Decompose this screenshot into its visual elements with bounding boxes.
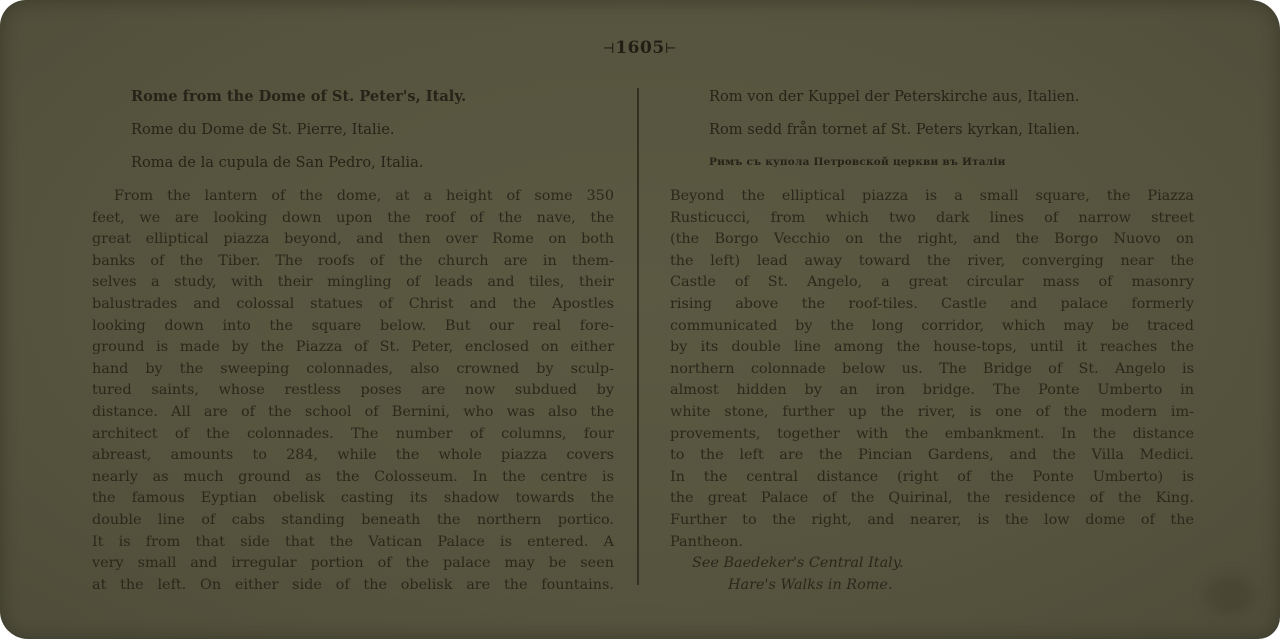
text-line: banks of the Tiber. The roofs of the chu… xyxy=(92,251,614,273)
title-english: Rome from the Dome of St. Peter's, Italy… xyxy=(92,80,614,113)
text-line: nearly as much ground as the Colosseum. … xyxy=(92,467,614,489)
text-line: communicated by the long corridor, which… xyxy=(670,316,1194,338)
reference-baedeker: See Baedeker's Central Italy. xyxy=(670,553,1194,575)
text-line: by its double line among the house-tops,… xyxy=(670,337,1194,359)
text-line: Further to the right, and nearer, is the… xyxy=(670,510,1194,532)
text-line: ground is made by the Piazza of St. Pete… xyxy=(92,337,614,359)
text-line: hand by the sweeping colonnades, also cr… xyxy=(92,359,614,381)
text-line: Beyond the elliptical piazza is a small … xyxy=(670,186,1194,208)
text-line: architect of the colonnades. The number … xyxy=(92,424,614,446)
text-line: white stone, further up the river, is on… xyxy=(670,402,1194,424)
text-line: Rusticucci, from which two dark lines of… xyxy=(670,208,1194,230)
catalog-number-value: 1605 xyxy=(615,38,664,58)
text-line: the famous Eyptian obelisk casting its s… xyxy=(92,488,614,510)
text-line: double line of cabs standing beneath the… xyxy=(92,510,614,532)
column-divider xyxy=(637,88,639,585)
ornament-right: ⊢ xyxy=(665,41,678,57)
text-line: at the left. On either side of the obeli… xyxy=(92,575,614,597)
text-line: northern colonnade below us. The Bridge … xyxy=(670,359,1194,381)
reference-hare: Hare's Walks in Rome. xyxy=(670,575,1194,597)
text-line: From the lantern of the dome, at a heigh… xyxy=(92,186,614,208)
title-russian: Римъ съ купола Петровской церкви въ Итал… xyxy=(670,146,1194,179)
text-line: Pantheon. xyxy=(670,532,1194,554)
text-line: balustrades and colossal statues of Chri… xyxy=(92,294,614,316)
text-line: to the left are the Pincian Gardens, and… xyxy=(670,445,1194,467)
left-column: Rome from the Dome of St. Peter's, Italy… xyxy=(92,80,614,596)
ornament-left: ⊣ xyxy=(603,41,616,57)
text-line: distance. All are of the school of Berni… xyxy=(92,402,614,424)
text-line: tured saints, whose restless poses are n… xyxy=(92,380,614,402)
text-line: (the Borgo Vecchio on the right, and the… xyxy=(670,229,1194,251)
description-english-continued: Beyond the elliptical piazza is a small … xyxy=(670,186,1194,553)
text-line: very small and irregular portion of the … xyxy=(92,553,614,575)
title-french: Rome du Dome de St. Pierre, Italie. xyxy=(92,113,614,146)
text-line: looking down into the square below. But … xyxy=(92,316,614,338)
title-german: Rom von der Kuppel der Peterskirche aus,… xyxy=(670,80,1194,113)
text-line: almost hidden by an iron bridge. The Pon… xyxy=(670,380,1194,402)
title-spanish: Roma de la cupula de San Pedro, Italia. xyxy=(92,146,614,179)
right-column: Rom von der Kuppel der Peterskirche aus,… xyxy=(670,80,1194,596)
text-line: the great Palace of the Quirinal, the re… xyxy=(670,488,1194,510)
text-line: Castle of St. Angelo, a great circular m… xyxy=(670,272,1194,294)
text-line: great elliptical piazza beyond, and then… xyxy=(92,229,614,251)
text-line: It is from that side that the Vatican Pa… xyxy=(92,532,614,554)
text-line: abreast, amounts to 284, while the whole… xyxy=(92,445,614,467)
text-line: In the central distance (right of the Po… xyxy=(670,467,1194,489)
text-line: the left) lead away toward the river, co… xyxy=(670,251,1194,273)
stereoview-card-back: ⊣1605⊢ Rome from the Dome of St. Peter's… xyxy=(0,0,1280,639)
text-line: selves a study, with their mingling of l… xyxy=(92,272,614,294)
text-line: feet, we are looking down upon the roof … xyxy=(92,208,614,230)
title-swedish: Rom sedd från tornet af St. Peters kyrka… xyxy=(670,113,1194,146)
references: See Baedeker's Central Italy. Hare's Wal… xyxy=(670,553,1194,596)
description-english: From the lantern of the dome, at a heigh… xyxy=(92,186,614,596)
catalog-number: ⊣1605⊢ xyxy=(0,38,1280,58)
text-line: rising above the roof-tiles. Castle and … xyxy=(670,294,1194,316)
stain xyxy=(1205,575,1255,615)
text-line: provements, together with the embankment… xyxy=(670,424,1194,446)
